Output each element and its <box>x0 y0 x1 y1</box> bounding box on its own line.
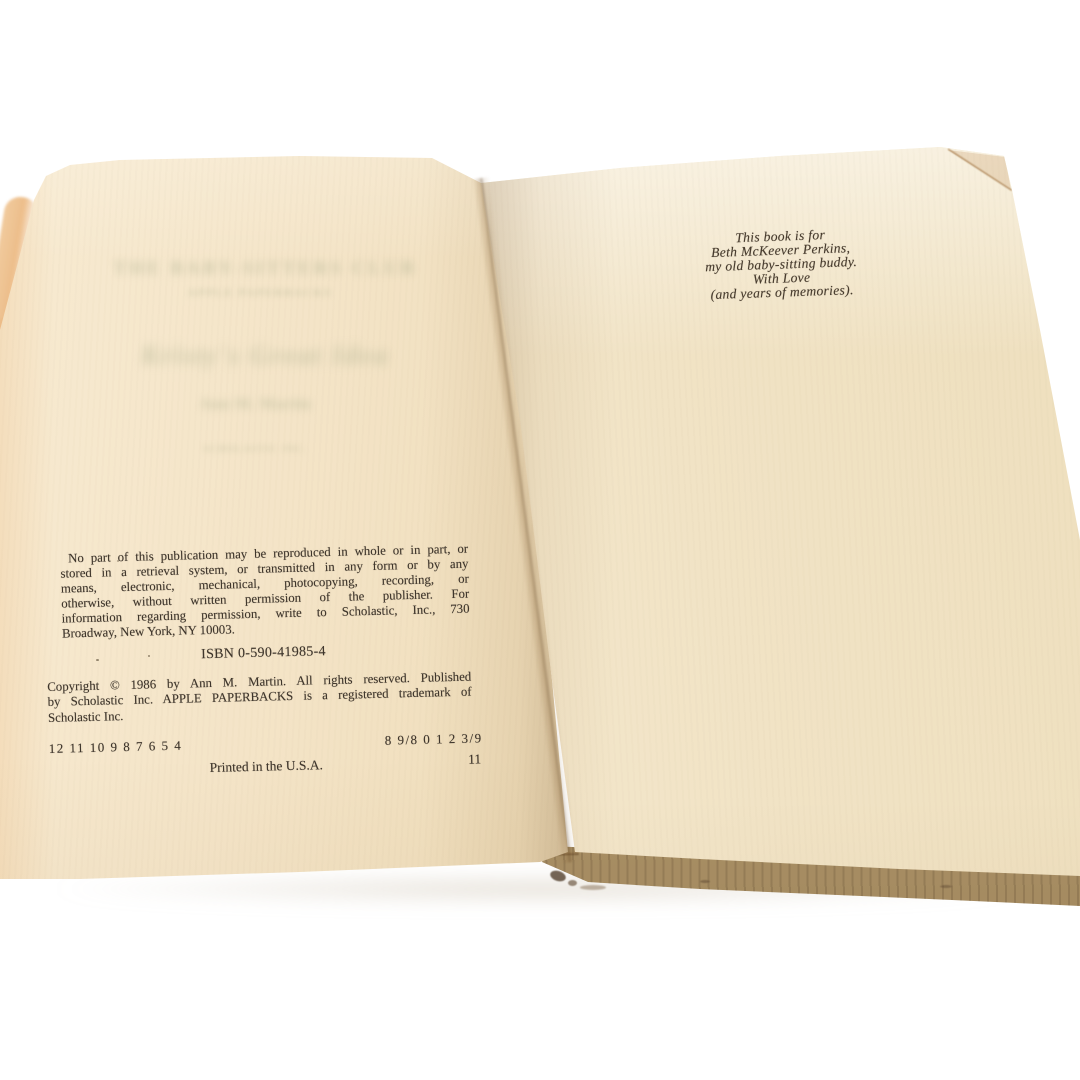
page-number: 11 <box>468 752 481 768</box>
printed-in-text: Printed in the U.S.A. <box>210 757 324 775</box>
ghost-showthrough-line: APPLE PAPERBACKS <box>140 287 380 299</box>
spine-glue-blotch <box>568 880 577 886</box>
book-photo: THE BABY-SITTERS CLUB APPLE PAPERBACKS K… <box>0 0 1080 1080</box>
paper-speck <box>117 560 119 562</box>
edge-stain <box>940 885 952 888</box>
ghost-showthrough-line: THE BABY-SITTERS CLUB <box>110 258 420 280</box>
ghost-showthrough-line: Ann M. Martin <box>140 394 370 414</box>
print-run-numbers-right: 8 9/8 0 1 2 3/9 <box>385 731 483 749</box>
printed-in-row: Printed in the U.S.A. 11 <box>49 754 483 781</box>
copyright-page-text: No part of this publication may be repro… <box>44 541 483 780</box>
edge-stain <box>700 880 710 883</box>
isbn-text: ISBN 0-590-41985-4 <box>46 640 480 667</box>
copyright-notice: Copyright © 1986 by Ann M. Martin. All r… <box>47 670 472 727</box>
permission-notice: No part of this publication may be repro… <box>60 542 470 642</box>
print-run-numbers-left: 12 11 10 9 8 7 6 5 4 <box>49 738 183 757</box>
print-run-row: 12 11 10 9 8 7 6 5 4 8 9/8 0 1 2 3/9 <box>49 731 483 758</box>
ghost-showthrough-line: Kristy's Great Idea <box>100 340 430 371</box>
paper-speck <box>96 659 99 661</box>
paper-speck <box>148 655 150 657</box>
ghost-showthrough-line: SCHOLASTIC INC. <box>160 444 350 455</box>
dedication-text: This book is for Beth McKeever Perkins, … <box>655 225 907 304</box>
spine-glue-blotch <box>580 885 606 890</box>
paper-speck <box>214 650 216 651</box>
